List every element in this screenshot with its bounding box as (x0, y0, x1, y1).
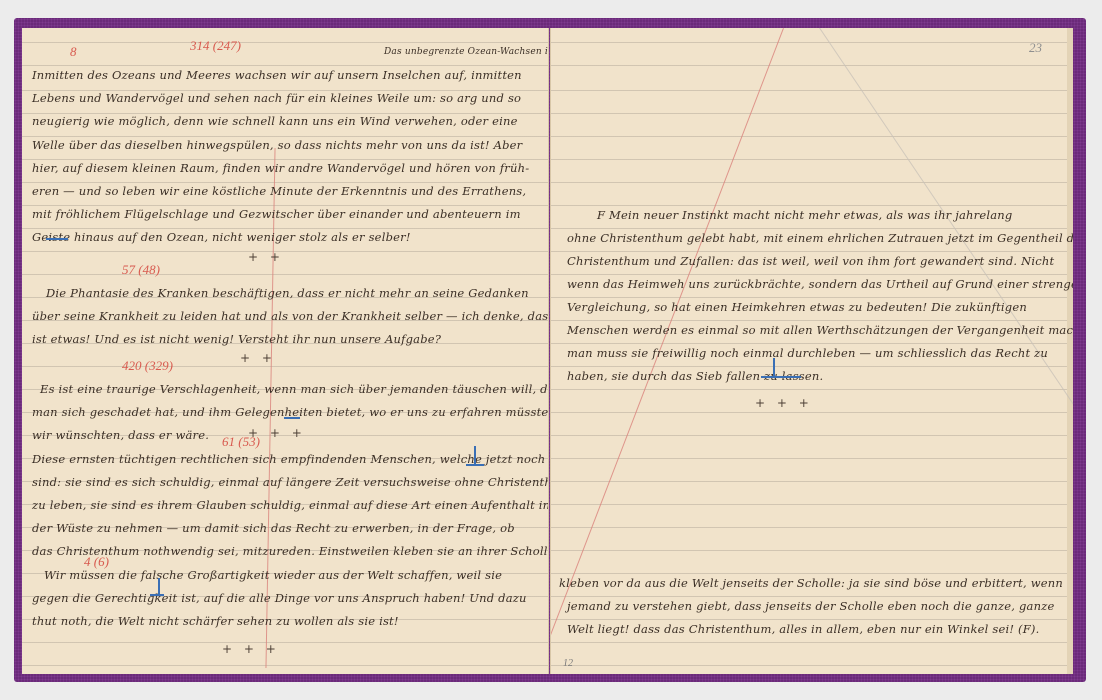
top-insertion: Das unbegrenzte Ozean-Wachsen ist (384, 46, 549, 58)
text-line: wir wünschten, dass er wäre. (32, 424, 209, 447)
text-line: gegen die Gerechtigkeit ist, auf die all… (32, 587, 527, 610)
text-line: Wir müssen die falsche Großartigkeit wie… (44, 564, 502, 587)
page-number: 23 (1029, 40, 1042, 56)
text-line: Diese ernsten tüchtigen rechtlichen sich… (32, 448, 549, 471)
text-line: thut noth, die Welt nicht schärfer sehen… (32, 610, 399, 633)
archive-number: 57 (48) (122, 262, 160, 278)
text-line: neugierig wie möglich, denn wie schnell … (32, 110, 518, 133)
text-line: mit fröhlichem Flügelschlage und Gezwits… (32, 203, 521, 226)
text-line: man sich geschadet hat, und ihm Gelegenh… (32, 401, 549, 424)
text-line: Inmitten des Ozeans und Meeres wachsen w… (32, 64, 522, 87)
left-page: 8 314 (247) Das unbegrenzte Ozean-Wachse… (22, 28, 549, 674)
text-line: über seine Krankheit zu leiden hat und a… (32, 305, 548, 328)
text-line: F Mein neuer Instinkt macht nicht mehr e… (597, 204, 1012, 227)
text-line: Es ist eine traurige Verschlagenheit, we… (40, 378, 549, 401)
text-line: ist etwas! Und es ist nicht wenig! Verst… (32, 328, 441, 351)
text-line: Welle über das dieselben hinwegspülen, s… (32, 134, 522, 157)
text-line: Menschen werden es einmal so mit allen W… (567, 319, 1073, 342)
separator: + + (240, 351, 276, 365)
blue-pencil-mark (158, 578, 160, 594)
separator: + + + (755, 396, 813, 410)
blue-pencil-mark (466, 464, 484, 466)
text-line: Lebens und Wandervögel und sehen nach fü… (32, 87, 521, 110)
blue-pencil-mark (773, 358, 775, 376)
blue-pencil-mark (474, 446, 476, 464)
text-line: sind: sie sind es sich schuldig, einmal … (32, 471, 549, 494)
text-line: Die Phantasie des Kranken beschäftigen, … (46, 282, 529, 305)
text-line: hier, auf diesem kleinen Raum, finden wi… (32, 157, 529, 180)
separator: + + (248, 250, 284, 264)
text-line: zu leben, sie sind es ihrem Glauben schu… (32, 494, 549, 517)
separator: + + + (222, 642, 280, 656)
right-page: 23 F Mein neuer Instinkt macht nicht meh… (550, 28, 1073, 674)
text-line: eren — und so leben wir eine köstliche M… (32, 180, 526, 203)
blue-pencil-mark (284, 417, 300, 419)
footer-number: 12 (563, 658, 573, 669)
text-line: der Wüste zu nehmen — um damit sich das … (32, 517, 515, 540)
text-line: ohne Christenthum gelebt habt, mit einem… (567, 227, 1073, 250)
text-line: Christenthum und Zufallen: das ist weil,… (567, 250, 1054, 273)
text-line: jemand zu verstehen giebt, dass jenseits… (567, 595, 1054, 618)
archive-number: 420 (329) (122, 358, 173, 374)
archive-number: 8 (70, 44, 77, 60)
blue-pencil-mark (761, 376, 801, 378)
text-line: kleben vor da aus die Welt jenseits der … (559, 572, 1063, 595)
text-line: wenn das Heimweh uns zurückbrächte, sond… (567, 273, 1073, 296)
text-line: das Christenthum nothwendig sei, mitzure… (32, 540, 549, 563)
text-line: Welt liegt! dass das Christenthum, alles… (567, 618, 1039, 641)
archive-number: 314 (247) (190, 38, 241, 54)
text-line: Vergleichung, so hat einen Heimkehren et… (567, 296, 1027, 319)
blue-pencil-mark (46, 238, 68, 240)
text-line: man muss sie freiwillig noch einmal durc… (567, 342, 1048, 365)
blue-pencil-mark (150, 594, 164, 596)
text-line: Geiste hinaus auf den Ozean, nicht wenig… (32, 226, 411, 249)
